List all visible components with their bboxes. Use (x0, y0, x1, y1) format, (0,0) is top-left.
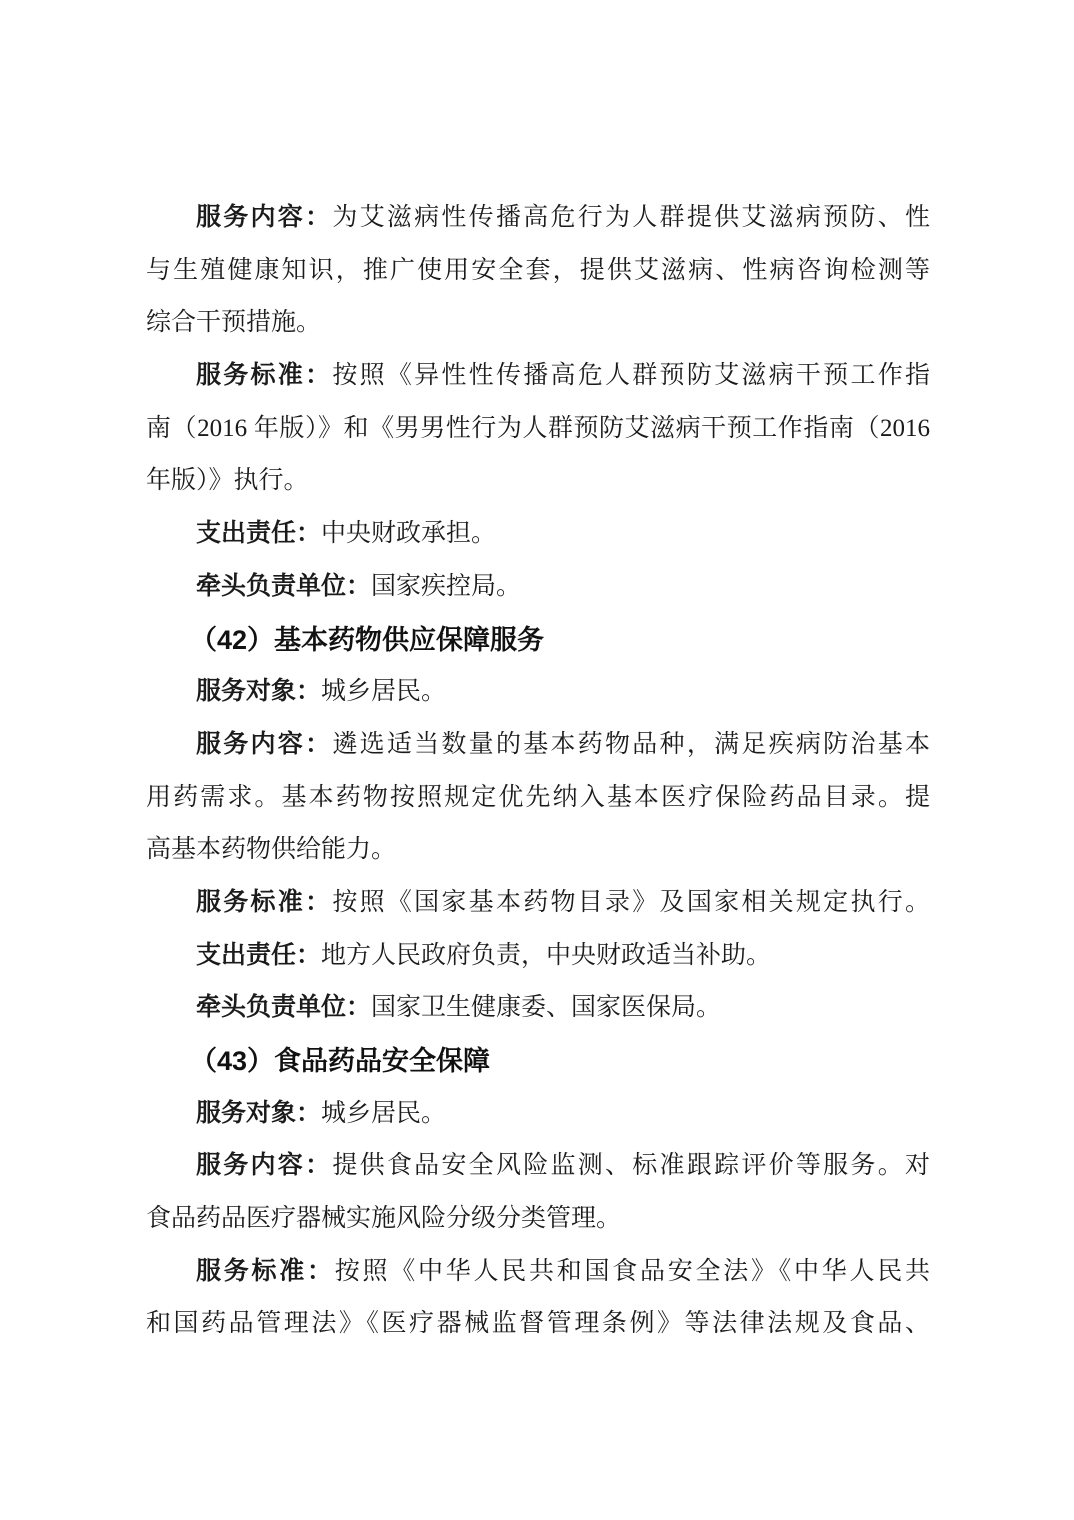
body-text: 提供食品安全风险监测、标准跟踪评价等服务。对 (332, 1152, 930, 1179)
text-line: 服务对象：城乡居民。 (146, 1088, 930, 1141)
para-hiv-service-content: 服务内容：为艾滋病性传播高危行为人群提供艾滋病预防、性与生殖健康知识，推广使用安… (146, 192, 930, 350)
para-hiv-lead-unit: 牵头负责单位：国家疾控局。 (146, 561, 930, 614)
body-text: 按照《中华人民共和国食品安全法》《中华人民共 (335, 1258, 930, 1285)
text-line: 高基本药物供给能力。 (146, 824, 930, 877)
text-line: 年版）》执行。 (146, 455, 930, 508)
text-line: 服务内容：为艾滋病性传播高危行为人群提供艾滋病预防、性 (146, 192, 930, 245)
text-line: 服务对象：城乡居民。 (146, 666, 930, 719)
text-line: 与生殖健康知识，推广使用安全套，提供艾滋病、性病咨询检测等 (146, 245, 930, 298)
para-42-service-standard: 服务标准：按照《国家基本药物目录》及国家相关规定执行。 (146, 877, 930, 930)
body-text: 按照《异性性传播高危人群预防艾滋病干预工作指 (332, 362, 930, 389)
body-text: 地方人民政府负责，中央财政适当补助。 (321, 942, 771, 969)
text-line: 支出责任：中央财政承担。 (146, 508, 930, 561)
field-label: 服务内容： (196, 1152, 332, 1179)
field-label: 支出责任： (196, 942, 321, 969)
text-line: 南（2016 年版）》和《男男性行为人群预防艾滋病干预工作指南（2016 (146, 403, 930, 456)
body-text: 南（2016 年版）》和《男男性行为人群预防艾滋病干预工作指南（2016 (146, 415, 930, 442)
field-label: 服务内容： (196, 204, 332, 231)
field-label: 服务对象： (196, 1100, 321, 1127)
field-label: 服务标准： (196, 362, 332, 389)
text-line: 牵头负责单位：国家卫生健康委、国家医保局。 (146, 982, 930, 1035)
body-text: 与生殖健康知识，推广使用安全套，提供艾滋病、性病咨询检测等 (146, 257, 930, 284)
body-text: 用药需求。基本药物按照规定优先纳入基本医疗保险药品目录。提 (146, 784, 930, 811)
text-line: 牵头负责单位：国家疾控局。 (146, 561, 930, 614)
text-line: 服务标准：按照《中华人民共和国食品安全法》《中华人民共 (146, 1246, 930, 1299)
para-42-service-content: 服务内容：遴选适当数量的基本药物品种，满足疾病防治基本用药需求。基本药物按照规定… (146, 719, 930, 877)
text-line: 食品药品医疗器械实施风险分级分类管理。 (146, 1193, 930, 1246)
text-line: 服务标准：按照《异性性传播高危人群预防艾滋病干预工作指 (146, 350, 930, 403)
body-text: 国家卫生健康委、国家医保局。 (371, 994, 721, 1021)
text-line: 服务标准：按照《国家基本药物目录》及国家相关规定执行。 (146, 877, 930, 930)
para-hiv-expenditure-responsibility: 支出责任：中央财政承担。 (146, 508, 930, 561)
body-text: 中央财政承担。 (321, 520, 496, 547)
text-line: 支出责任：地方人民政府负责，中央财政适当补助。 (146, 930, 930, 983)
para-42-service-target: 服务对象：城乡居民。 (146, 666, 930, 719)
text-line: 服务内容：提供食品安全风险监测、标准跟踪评价等服务。对 (146, 1140, 930, 1193)
field-label: 牵头负责单位： (196, 573, 371, 600)
field-label: 牵头负责单位： (196, 994, 371, 1021)
body-text: 按照《国家基本药物目录》及国家相关规定执行。 (332, 889, 930, 916)
body-text: 国家疾控局。 (371, 573, 521, 600)
body-text: 和国药品管理法》《医疗器械监督管理条例》等法律法规及食品、 (146, 1310, 930, 1337)
text-line: 综合干预措施。 (146, 297, 930, 350)
para-42-lead-unit: 牵头负责单位：国家卫生健康委、国家医保局。 (146, 982, 930, 1035)
para-43-service-standard: 服务标准：按照《中华人民共和国食品安全法》《中华人民共和国药品管理法》《医疗器械… (146, 1246, 930, 1351)
body-text: 综合干预措施。 (146, 309, 321, 336)
heading-item-43: （43）食品药品安全保障 (146, 1035, 930, 1088)
body-text: 城乡居民。 (321, 1100, 446, 1127)
field-label: 服务标准： (196, 1258, 335, 1285)
body-text: 食品药品医疗器械实施风险分级分类管理。 (146, 1205, 621, 1232)
text-line: 用药需求。基本药物按照规定优先纳入基本医疗保险药品目录。提 (146, 772, 930, 825)
para-42-expenditure-responsibility: 支出责任：地方人民政府负责，中央财政适当补助。 (146, 930, 930, 983)
document-content: 服务内容：为艾滋病性传播高危行为人群提供艾滋病预防、性与生殖健康知识，推广使用安… (146, 192, 930, 1351)
body-text: 城乡居民。 (321, 678, 446, 705)
field-label: 服务标准： (196, 889, 332, 916)
para-43-service-content: 服务内容：提供食品安全风险监测、标准跟踪评价等服务。对食品药品医疗器械实施风险分… (146, 1140, 930, 1245)
field-label: 服务对象： (196, 678, 321, 705)
para-43-service-target: 服务对象：城乡居民。 (146, 1088, 930, 1141)
field-label: 服务内容： (196, 731, 332, 758)
body-text: 年版）》执行。 (146, 467, 309, 494)
body-text: 高基本药物供给能力。 (146, 836, 396, 863)
field-label: 支出责任： (196, 520, 321, 547)
body-text: 遴选适当数量的基本药物品种，满足疾病防治基本 (332, 731, 930, 758)
text-line: 和国药品管理法》《医疗器械监督管理条例》等法律法规及食品、 (146, 1298, 930, 1351)
document-page: 服务内容：为艾滋病性传播高危行为人群提供艾滋病预防、性与生殖健康知识，推广使用安… (0, 0, 1074, 1520)
heading-item-42: （42）基本药物供应保障服务 (146, 614, 930, 667)
body-text: 为艾滋病性传播高危行为人群提供艾滋病预防、性 (332, 204, 930, 231)
para-hiv-service-standard: 服务标准：按照《异性性传播高危人群预防艾滋病干预工作指南（2016 年版）》和《… (146, 350, 930, 508)
text-line: 服务内容：遴选适当数量的基本药物品种，满足疾病防治基本 (146, 719, 930, 772)
